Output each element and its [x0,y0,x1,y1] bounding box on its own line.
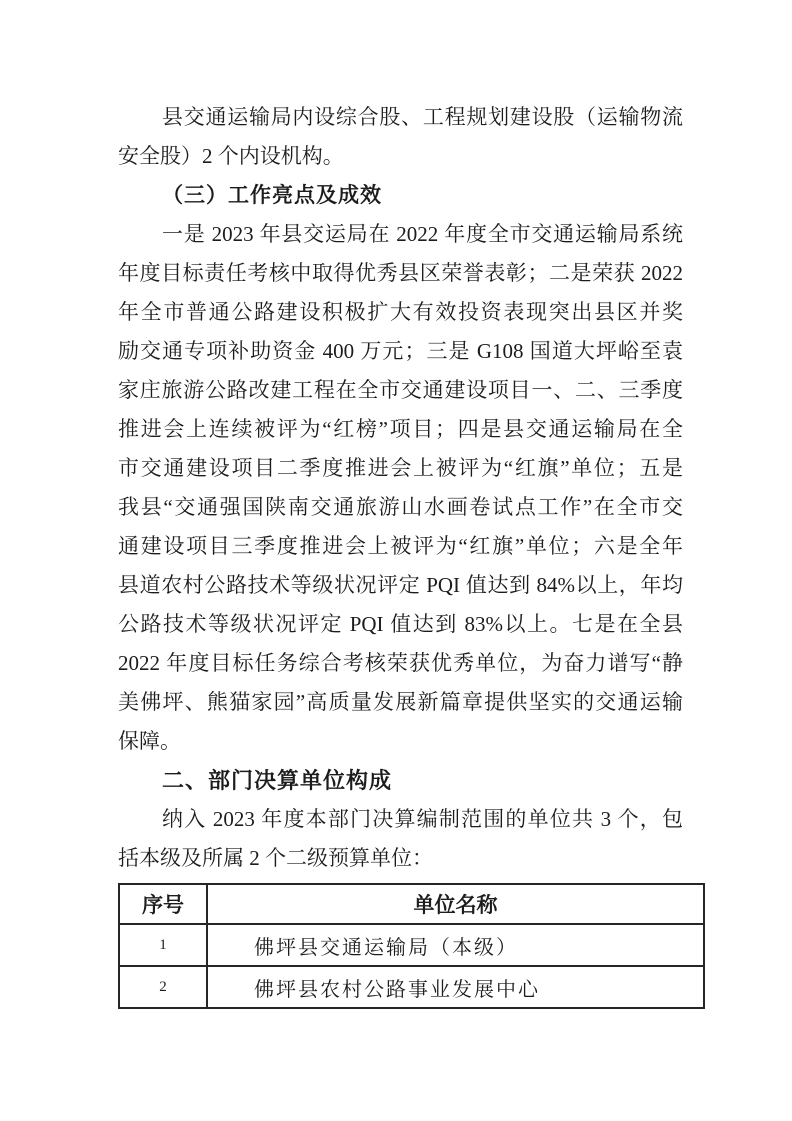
text-line: 年全市普通公路建设积极扩大有效投资表现突出县区并奖 [118,293,683,332]
unit-name-cell: 佛坪县交通运输局（本级） [207,924,704,966]
text-line: 县交通运输局内设综合股、工程规划建设股（运输物流 [118,98,683,137]
text-line: 2022 年度目标任务综合考核荣获优秀单位，为奋力谱写“静 [118,644,683,683]
document-page: 县交通运输局内设综合股、工程规划建设股（运输物流安全股）2 个内设机构。（三）工… [0,0,792,1121]
unit-index-cell: 1 [119,924,207,966]
text-line: 励交通专项补助资金 400 万元；三是 G108 国道大坪峪至袁 [118,332,683,371]
text-line: 括本级及所属 2 个二级预算单位： [118,839,683,878]
section-heading-highlights: （三）工作亮点及成效 [118,176,683,215]
text-line: 安全股）2 个内设机构。 [118,137,683,176]
text-line: 推进会上连续被评为“红榜”项目；四是县交通运输局在全 [118,410,683,449]
table-row: 1佛坪县交通运输局（本级） [119,924,704,966]
document-body: 县交通运输局内设综合股、工程规划建设股（运输物流安全股）2 个内设机构。（三）工… [118,98,683,878]
section-heading-units: 二、部门决算单位构成 [118,761,683,800]
unit-name-cell: 佛坪县农村公路事业发展中心 [207,966,704,1008]
text-line: 我县“交通强国陕南交通旅游山水画卷试点工作”在全市交 [118,488,683,527]
text-line: 年度目标责任考核中取得优秀县区荣誉表彰；二是荣获 2022 [118,254,683,293]
text-line: 通建设项目三季度推进会上被评为“红旗”单位；六是全年 [118,527,683,566]
table-header-row: 序号 单位名称 [119,884,704,924]
text-line: 市交通建设项目二季度推进会上被评为“红旗”单位；五是 [118,449,683,488]
text-line: 公路技术等级状况评定 PQI 值达到 83%以上。七是在全县 [118,605,683,644]
text-line: 保障。 [118,722,683,761]
unit-name-header: 单位名称 [207,884,704,924]
text-line: 家庄旅游公路改建工程在全市交通建设项目一、二、三季度 [118,371,683,410]
unit-index-header: 序号 [119,884,207,924]
text-line: 县道农村公路技术等级状况评定 PQI 值达到 84%以上，年均 [118,566,683,605]
text-line: 纳入 2023 年度本部门决算编制范围的单位共 3 个，包 [118,800,683,839]
unit-index-cell: 2 [119,966,207,1008]
text-line: 一是 2023 年县交运局在 2022 年度全市交通运输局系统 [118,215,683,254]
table-row: 2佛坪县农村公路事业发展中心 [119,966,704,1008]
budget-units-table: 序号 单位名称 1佛坪县交通运输局（本级）2佛坪县农村公路事业发展中心 [118,883,705,1009]
text-line: 美佛坪、熊猫家园”高质量发展新篇章提供坚实的交通运输 [118,683,683,722]
